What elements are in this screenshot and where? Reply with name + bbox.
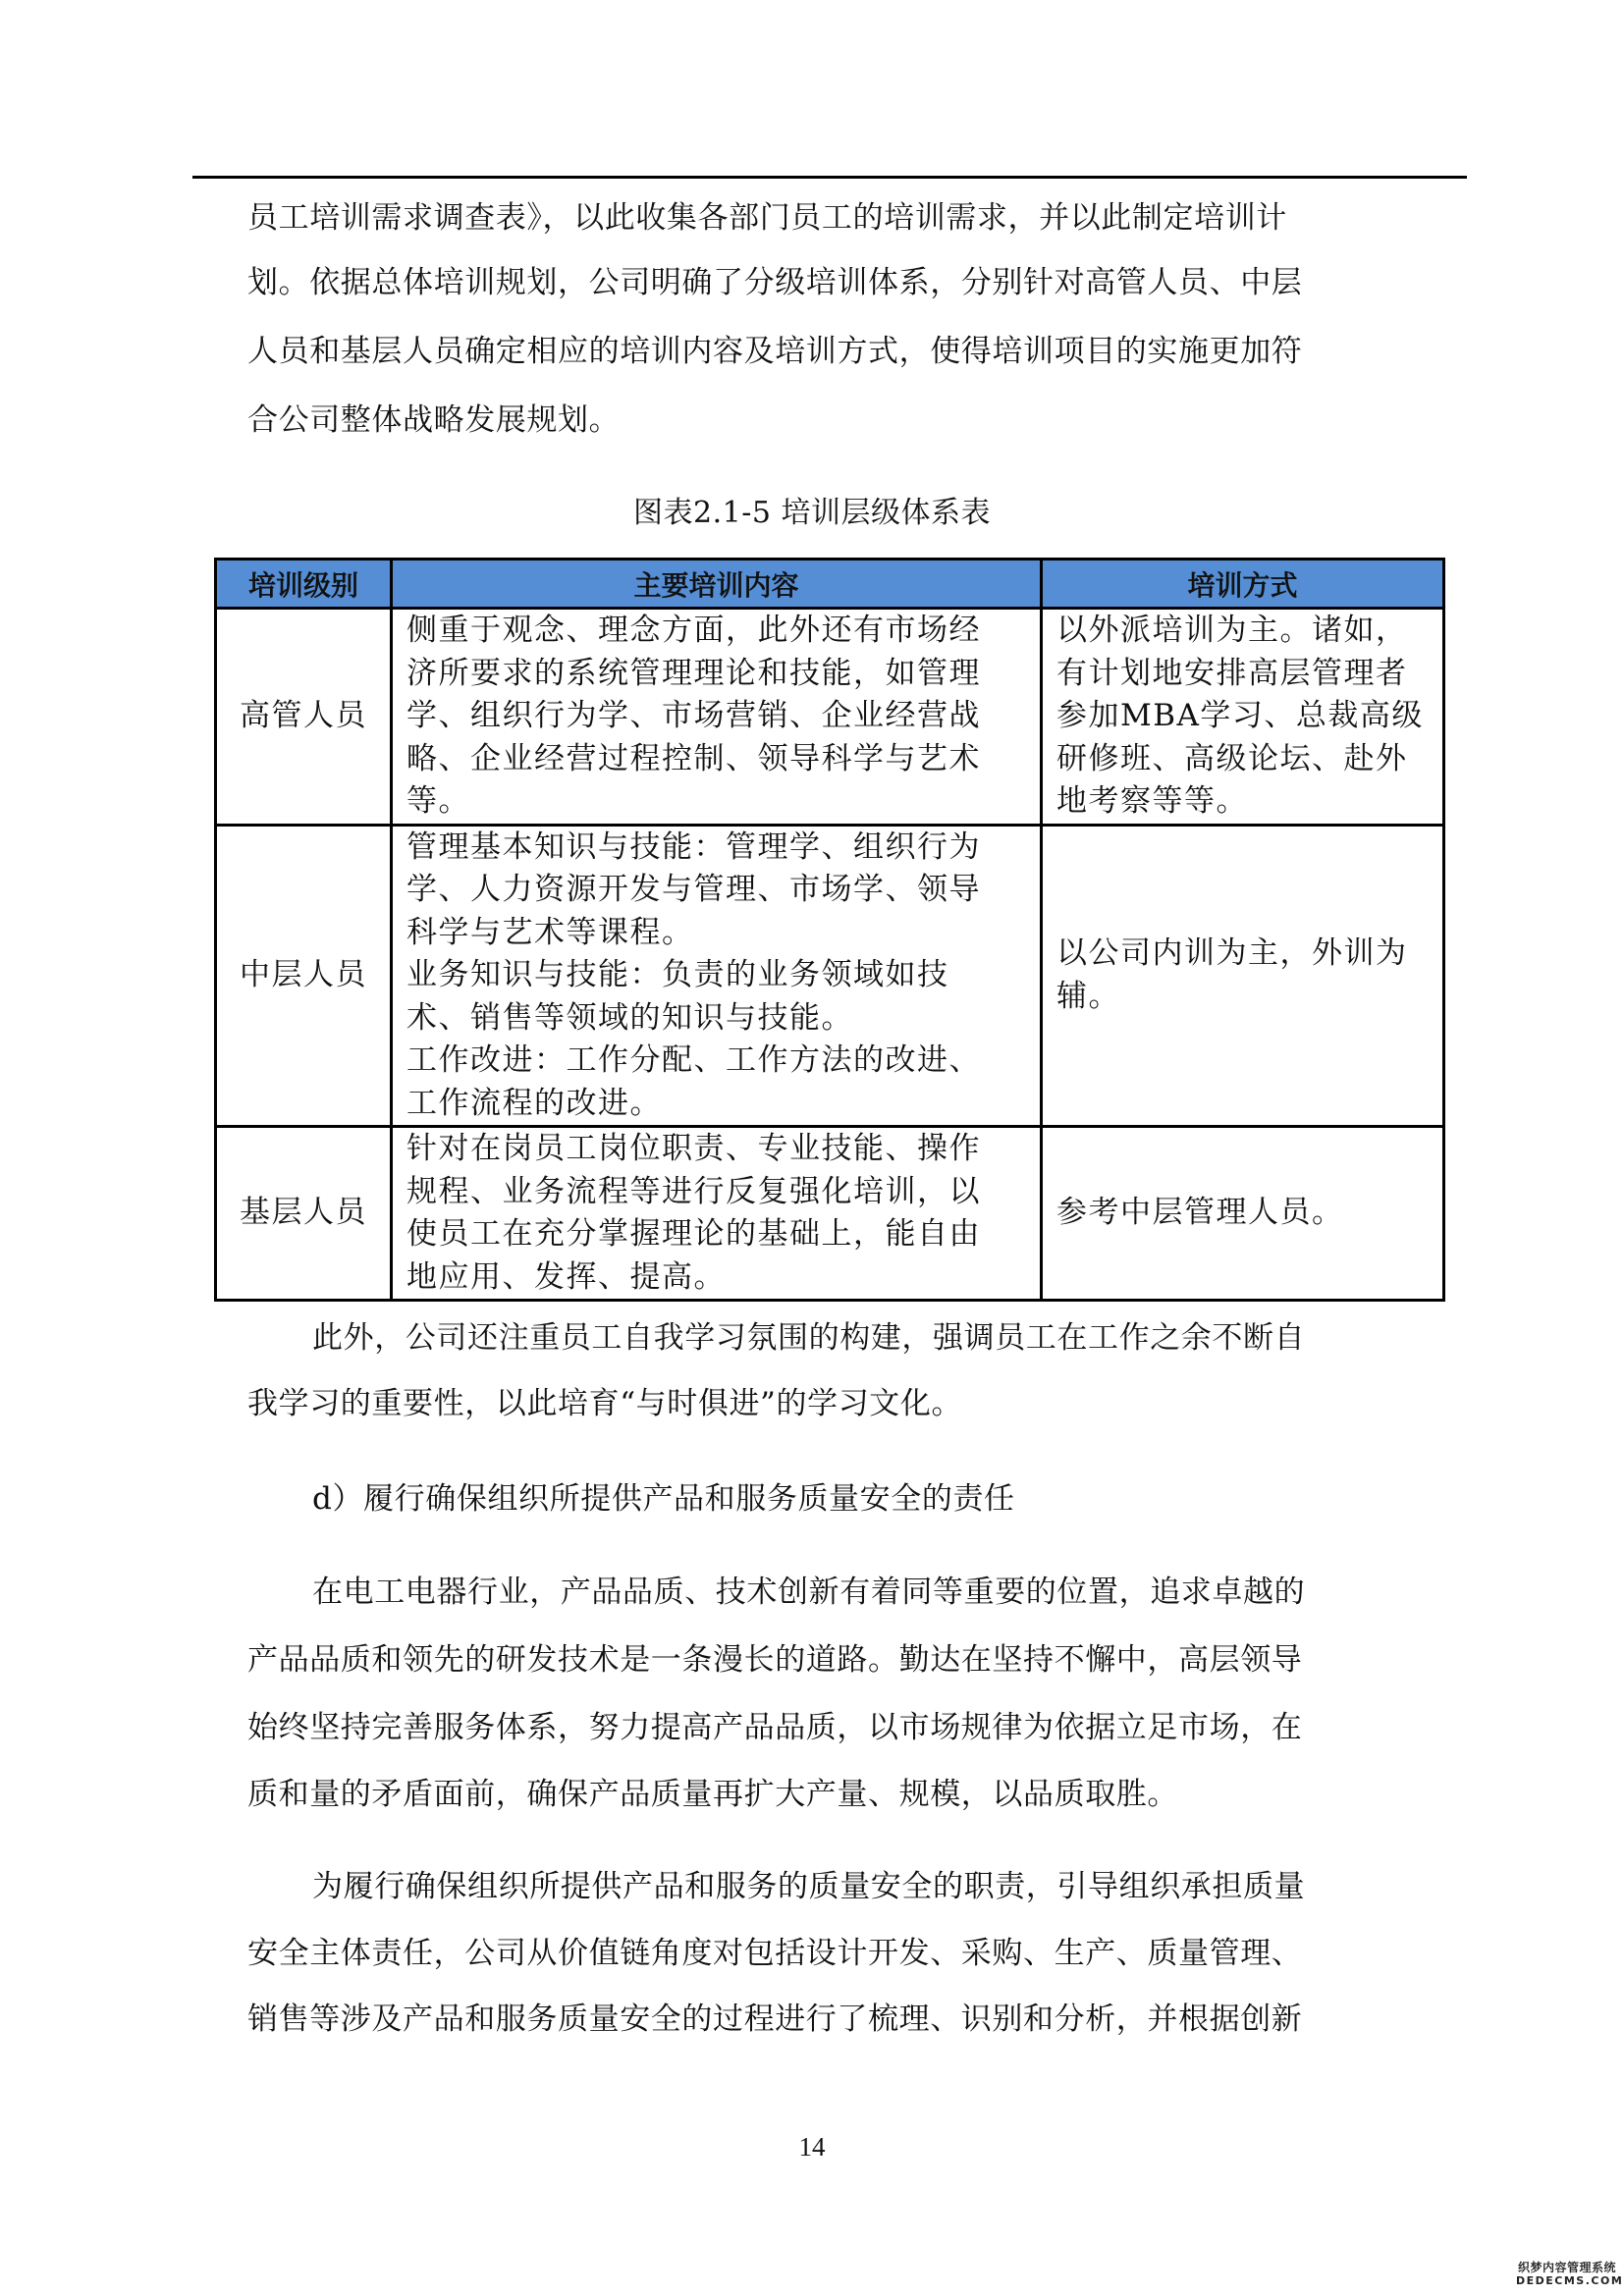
paragraph-2-line: 质和量的矛盾面前，确保产品质量再扩大产量、规模，以品质取胜。 [247, 1775, 1426, 1814]
cell-line: 学、人力资源开发与管理、市场学、领导 [406, 869, 1034, 912]
column-header-method: 培训方式 [1042, 560, 1444, 609]
cell-line: 等。 [406, 780, 1034, 824]
paragraph-1-line: 此外，公司还注重员工自我学习氛围的构建，强调员工在工作之余不断自 [312, 1318, 1490, 1358]
cell-level: 基层人员 [216, 1127, 392, 1301]
cell-content: 针对在岗员工岗位职责、专业技能、操作 规程、业务流程等进行反复强化培训，以 使员… [392, 1127, 1042, 1301]
paragraph-1-line: 我学习的重要性，以此培育“与时俱进”的学习文化。 [247, 1384, 1426, 1423]
cell-line: 使员工在充分掌握理论的基础上，能自由 [406, 1213, 1034, 1256]
cell-level: 中层人员 [216, 825, 392, 1127]
cell-line: 业务知识与技能：负责的业务领域如技 [406, 954, 1034, 997]
cell-line: 工作流程的改进。 [406, 1083, 1034, 1126]
cell-line: 济所要求的系统管理理论和技能，如管理 [406, 653, 1034, 696]
cell-line: 侧重于观念、理念方面，此外还有市场经 [406, 610, 1034, 653]
cell-level: 高管人员 [216, 609, 392, 826]
paragraph-2-line: 始终坚持完善服务体系，努力提高产品品质，以市场规律为依据立足市场，在 [247, 1708, 1426, 1747]
cell-line: 参考中层管理人员。 [1056, 1192, 1436, 1235]
cell-line: 科学与艺术等课程。 [406, 912, 1034, 955]
header-rule [192, 176, 1467, 179]
column-header-level: 培训级别 [216, 560, 392, 609]
cell-content: 侧重于观念、理念方面，此外还有市场经 济所要求的系统管理理论和技能，如管理 学、… [392, 609, 1042, 826]
cell-line: 管理基本知识与技能：管理学、组织行为 [406, 827, 1034, 870]
cell-line: 研修班、高级论坛、赴外 [1056, 738, 1436, 781]
paragraph-2-line: 在电工电器行业，产品品质、技术创新有着同等重要的位置，追求卓越的 [312, 1573, 1490, 1612]
cell-content: 管理基本知识与技能：管理学、组织行为 学、人力资源开发与管理、市场学、领导 科学… [392, 825, 1042, 1127]
cell-line: 参加MBA学习、总裁高级 [1056, 695, 1436, 738]
table-row: 基层人员 针对在岗员工岗位职责、专业技能、操作 规程、业务流程等进行反复强化培训… [216, 1127, 1444, 1301]
watermark-line-en: DEDECMS.COM [1516, 2274, 1618, 2287]
cell-line: 略、企业经营过程控制、领导科学与艺术 [406, 738, 1034, 781]
cell-line: 术、销售等领域的知识与技能。 [406, 997, 1034, 1041]
paragraph-3-line: 安全主体责任，公司从价值链角度对包括设计开发、采购、生产、质量管理、 [247, 1934, 1426, 1973]
watermark-line-cn: 织梦内容管理系统 [1516, 2261, 1618, 2274]
cell-line: 有计划地安排高层管理者 [1056, 653, 1436, 696]
section-heading: d）履行确保组织所提供产品和服务质量安全的责任 [312, 1479, 1490, 1519]
table-header-row: 培训级别 主要培训内容 培训方式 [216, 560, 1444, 609]
intro-line: 人员和基层人员确定相应的培训内容及培训方式，使得培训项目的实施更加符 [247, 332, 1426, 371]
column-header-content: 主要培训内容 [392, 560, 1042, 609]
intro-line: 员工培训需求调查表》，以此收集各部门员工的培训需求，并以此制定培训计 [247, 198, 1426, 238]
cell-line: 辅。 [1056, 976, 1436, 1019]
table-caption: 图表2.1-5 培训层级体系表 [0, 494, 1624, 533]
page-number: 14 [0, 2132, 1624, 2162]
cell-line: 规程、业务流程等进行反复强化培训，以 [406, 1171, 1034, 1214]
cell-line: 工作改进：工作分配、工作方法的改进、 [406, 1040, 1034, 1083]
watermark-logo: 织梦内容管理系统 DEDECMS.COM [1516, 2261, 1618, 2287]
cell-method: 以外派培训为主。诸如， 有计划地安排高层管理者 参加MBA学习、总裁高级 研修班… [1042, 609, 1444, 826]
cell-line: 针对在岗员工岗位职责、专业技能、操作 [406, 1128, 1034, 1171]
intro-line: 合公司整体战略发展规划。 [247, 400, 1426, 440]
paragraph-3-line: 销售等涉及产品和服务质量安全的过程进行了梳理、识别和分析，并根据创新 [247, 2000, 1426, 2039]
table-row: 高管人员 侧重于观念、理念方面，此外还有市场经 济所要求的系统管理理论和技能，如… [216, 609, 1444, 826]
training-level-table: 培训级别 主要培训内容 培训方式 高管人员 侧重于观念、理念方面，此外还有市场经… [214, 558, 1445, 1302]
cell-line: 以公司内训为主，外训为 [1056, 933, 1436, 976]
cell-line: 地考察等等。 [1056, 780, 1436, 824]
table-row: 中层人员 管理基本知识与技能：管理学、组织行为 学、人力资源开发与管理、市场学、… [216, 825, 1444, 1127]
cell-line: 以外派培训为主。诸如， [1056, 610, 1436, 653]
cell-line: 地应用、发挥、提高。 [406, 1256, 1034, 1300]
intro-line: 划。依据总体培训规划，公司明确了分级培训体系，分别针对高管人员、中层 [247, 263, 1426, 302]
cell-method: 参考中层管理人员。 [1042, 1127, 1444, 1301]
cell-line: 学、组织行为学、市场营销、企业经营战 [406, 695, 1034, 738]
cell-method: 以公司内训为主，外训为 辅。 [1042, 825, 1444, 1127]
paragraph-2-line: 产品品质和领先的研发技术是一条漫长的道路。勤达在坚持不懈中，高层领导 [247, 1640, 1426, 1680]
paragraph-3-line: 为履行确保组织所提供产品和服务的质量安全的职责，引导组织承担质量 [312, 1867, 1490, 1906]
